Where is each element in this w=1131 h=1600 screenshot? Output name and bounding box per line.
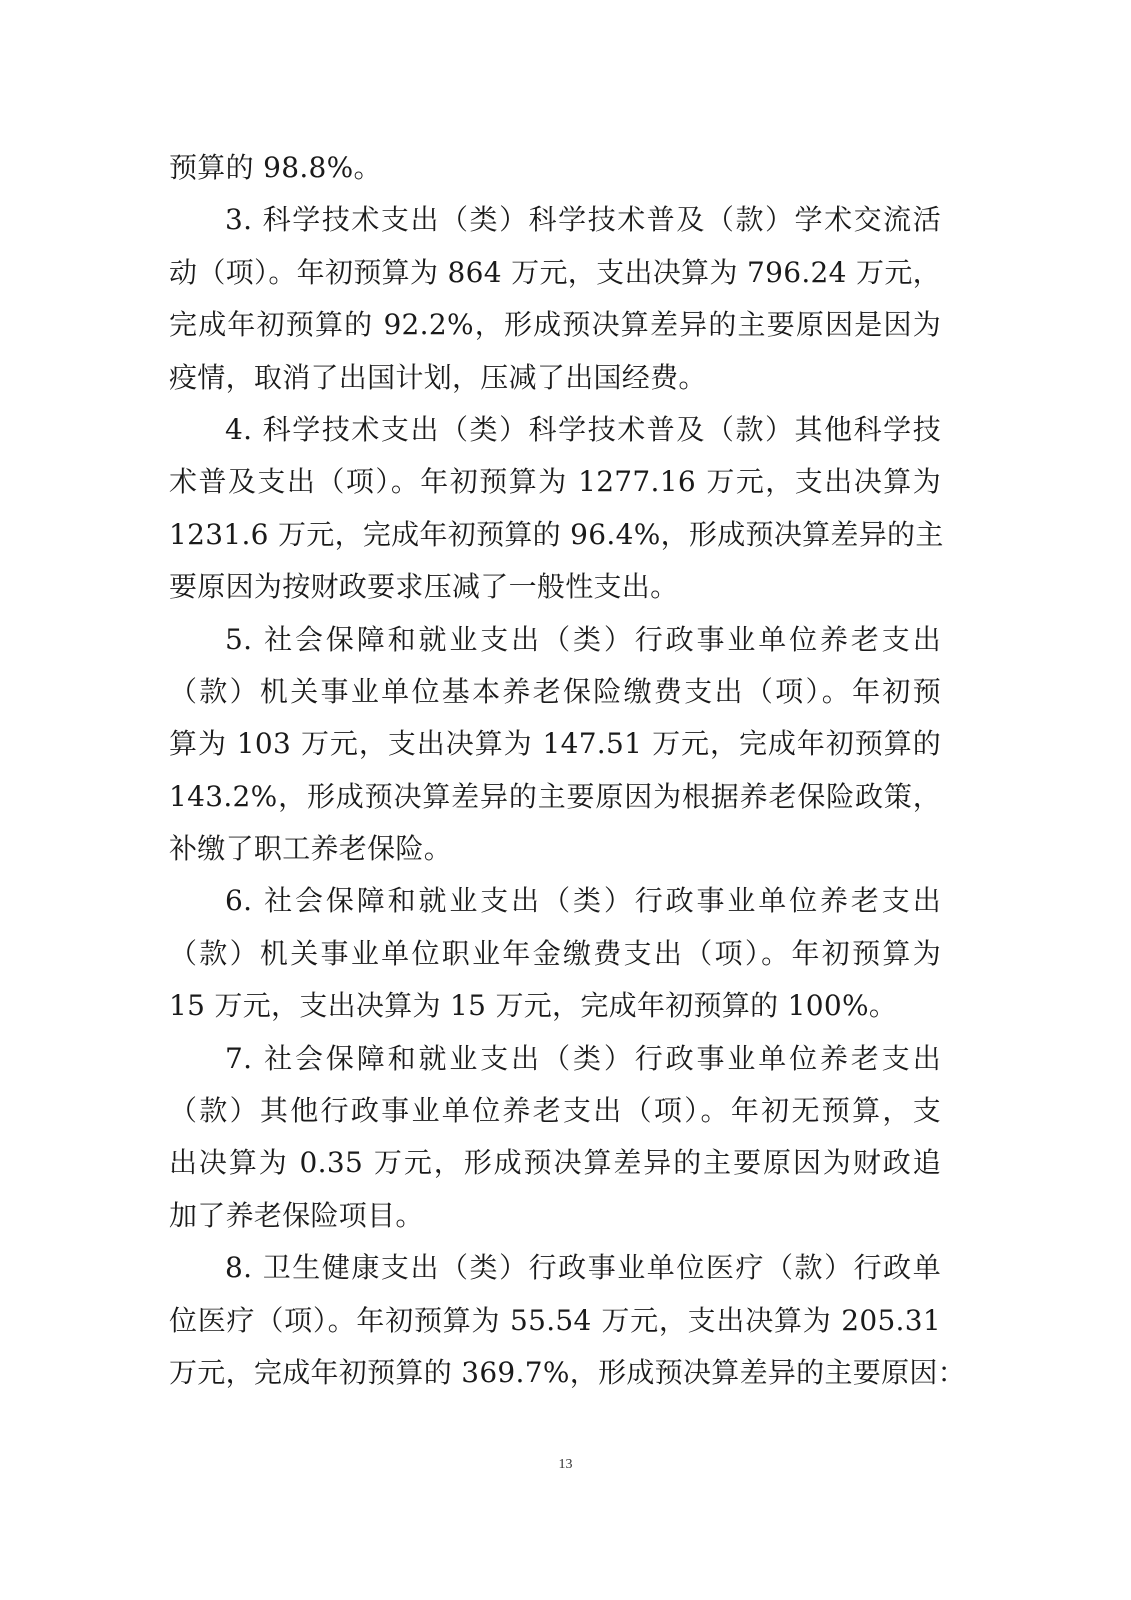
text-line: 出决算为 0.35 万元，形成预决算差异的主要原因为财政追 bbox=[169, 1137, 941, 1189]
text-line: 补缴了职工养老保险。 bbox=[169, 823, 941, 875]
text-line: 动（项）。年初预算为 864 万元，支出决算为 796.24 万元， bbox=[169, 247, 941, 299]
text-line: （款）机关事业单位基本养老保险缴费支出（项）。年初预 bbox=[169, 666, 941, 718]
page-number: 13 bbox=[0, 1457, 1131, 1473]
document-page: 预算的 98.8%。 3. 科学技术支出（类）科学技术普及（款）学术交流活 动（… bbox=[0, 0, 1131, 1600]
text-line: 加了养老保险项目。 bbox=[169, 1190, 941, 1242]
text-line: 143.2%，形成预决算差异的主要原因为根据养老保险政策， bbox=[169, 771, 941, 823]
text-line: 完成年初预算的 92.2%，形成预决算差异的主要原因是因为 bbox=[169, 299, 941, 351]
text-line: 预算的 98.8%。 bbox=[169, 142, 941, 194]
text-line: 要原因为按财政要求压减了一般性支出。 bbox=[169, 561, 941, 613]
text-line: 算为 103 万元，支出决算为 147.51 万元，完成年初预算的 bbox=[169, 718, 941, 770]
text-line-item-3-start: 3. 科学技术支出（类）科学技术普及（款）学术交流活 bbox=[169, 194, 941, 246]
text-line-item-6-start: 6. 社会保障和就业支出（类）行政事业单位养老支出 bbox=[169, 875, 941, 927]
text-line: 万元，完成年初预算的 369.7%，形成预决算差异的主要原因： bbox=[169, 1347, 941, 1399]
document-body: 预算的 98.8%。 3. 科学技术支出（类）科学技术普及（款）学术交流活 动（… bbox=[169, 142, 941, 1399]
text-line-item-7-start: 7. 社会保障和就业支出（类）行政事业单位养老支出 bbox=[169, 1033, 941, 1085]
text-line: 术普及支出（项）。年初预算为 1277.16 万元，支出决算为 bbox=[169, 456, 941, 508]
text-line: （款）机关事业单位职业年金缴费支出（项）。年初预算为 bbox=[169, 928, 941, 980]
text-line: 1231.6 万元，完成年初预算的 96.4%，形成预决算差异的主 bbox=[169, 509, 941, 561]
text-line-item-5-start: 5. 社会保障和就业支出（类）行政事业单位养老支出 bbox=[169, 614, 941, 666]
text-line: 位医疗（项）。年初预算为 55.54 万元，支出决算为 205.31 bbox=[169, 1295, 941, 1347]
text-line: 疫情，取消了出国计划，压减了出国经费。 bbox=[169, 352, 941, 404]
text-line: （款）其他行政事业单位养老支出（项）。年初无预算，支 bbox=[169, 1085, 941, 1137]
text-line-item-4-start: 4. 科学技术支出（类）科学技术普及（款）其他科学技 bbox=[169, 404, 941, 456]
text-line: 15 万元，支出决算为 15 万元，完成年初预算的 100%。 bbox=[169, 980, 941, 1032]
text-line-item-8-start: 8. 卫生健康支出（类）行政事业单位医疗（款）行政单 bbox=[169, 1242, 941, 1294]
